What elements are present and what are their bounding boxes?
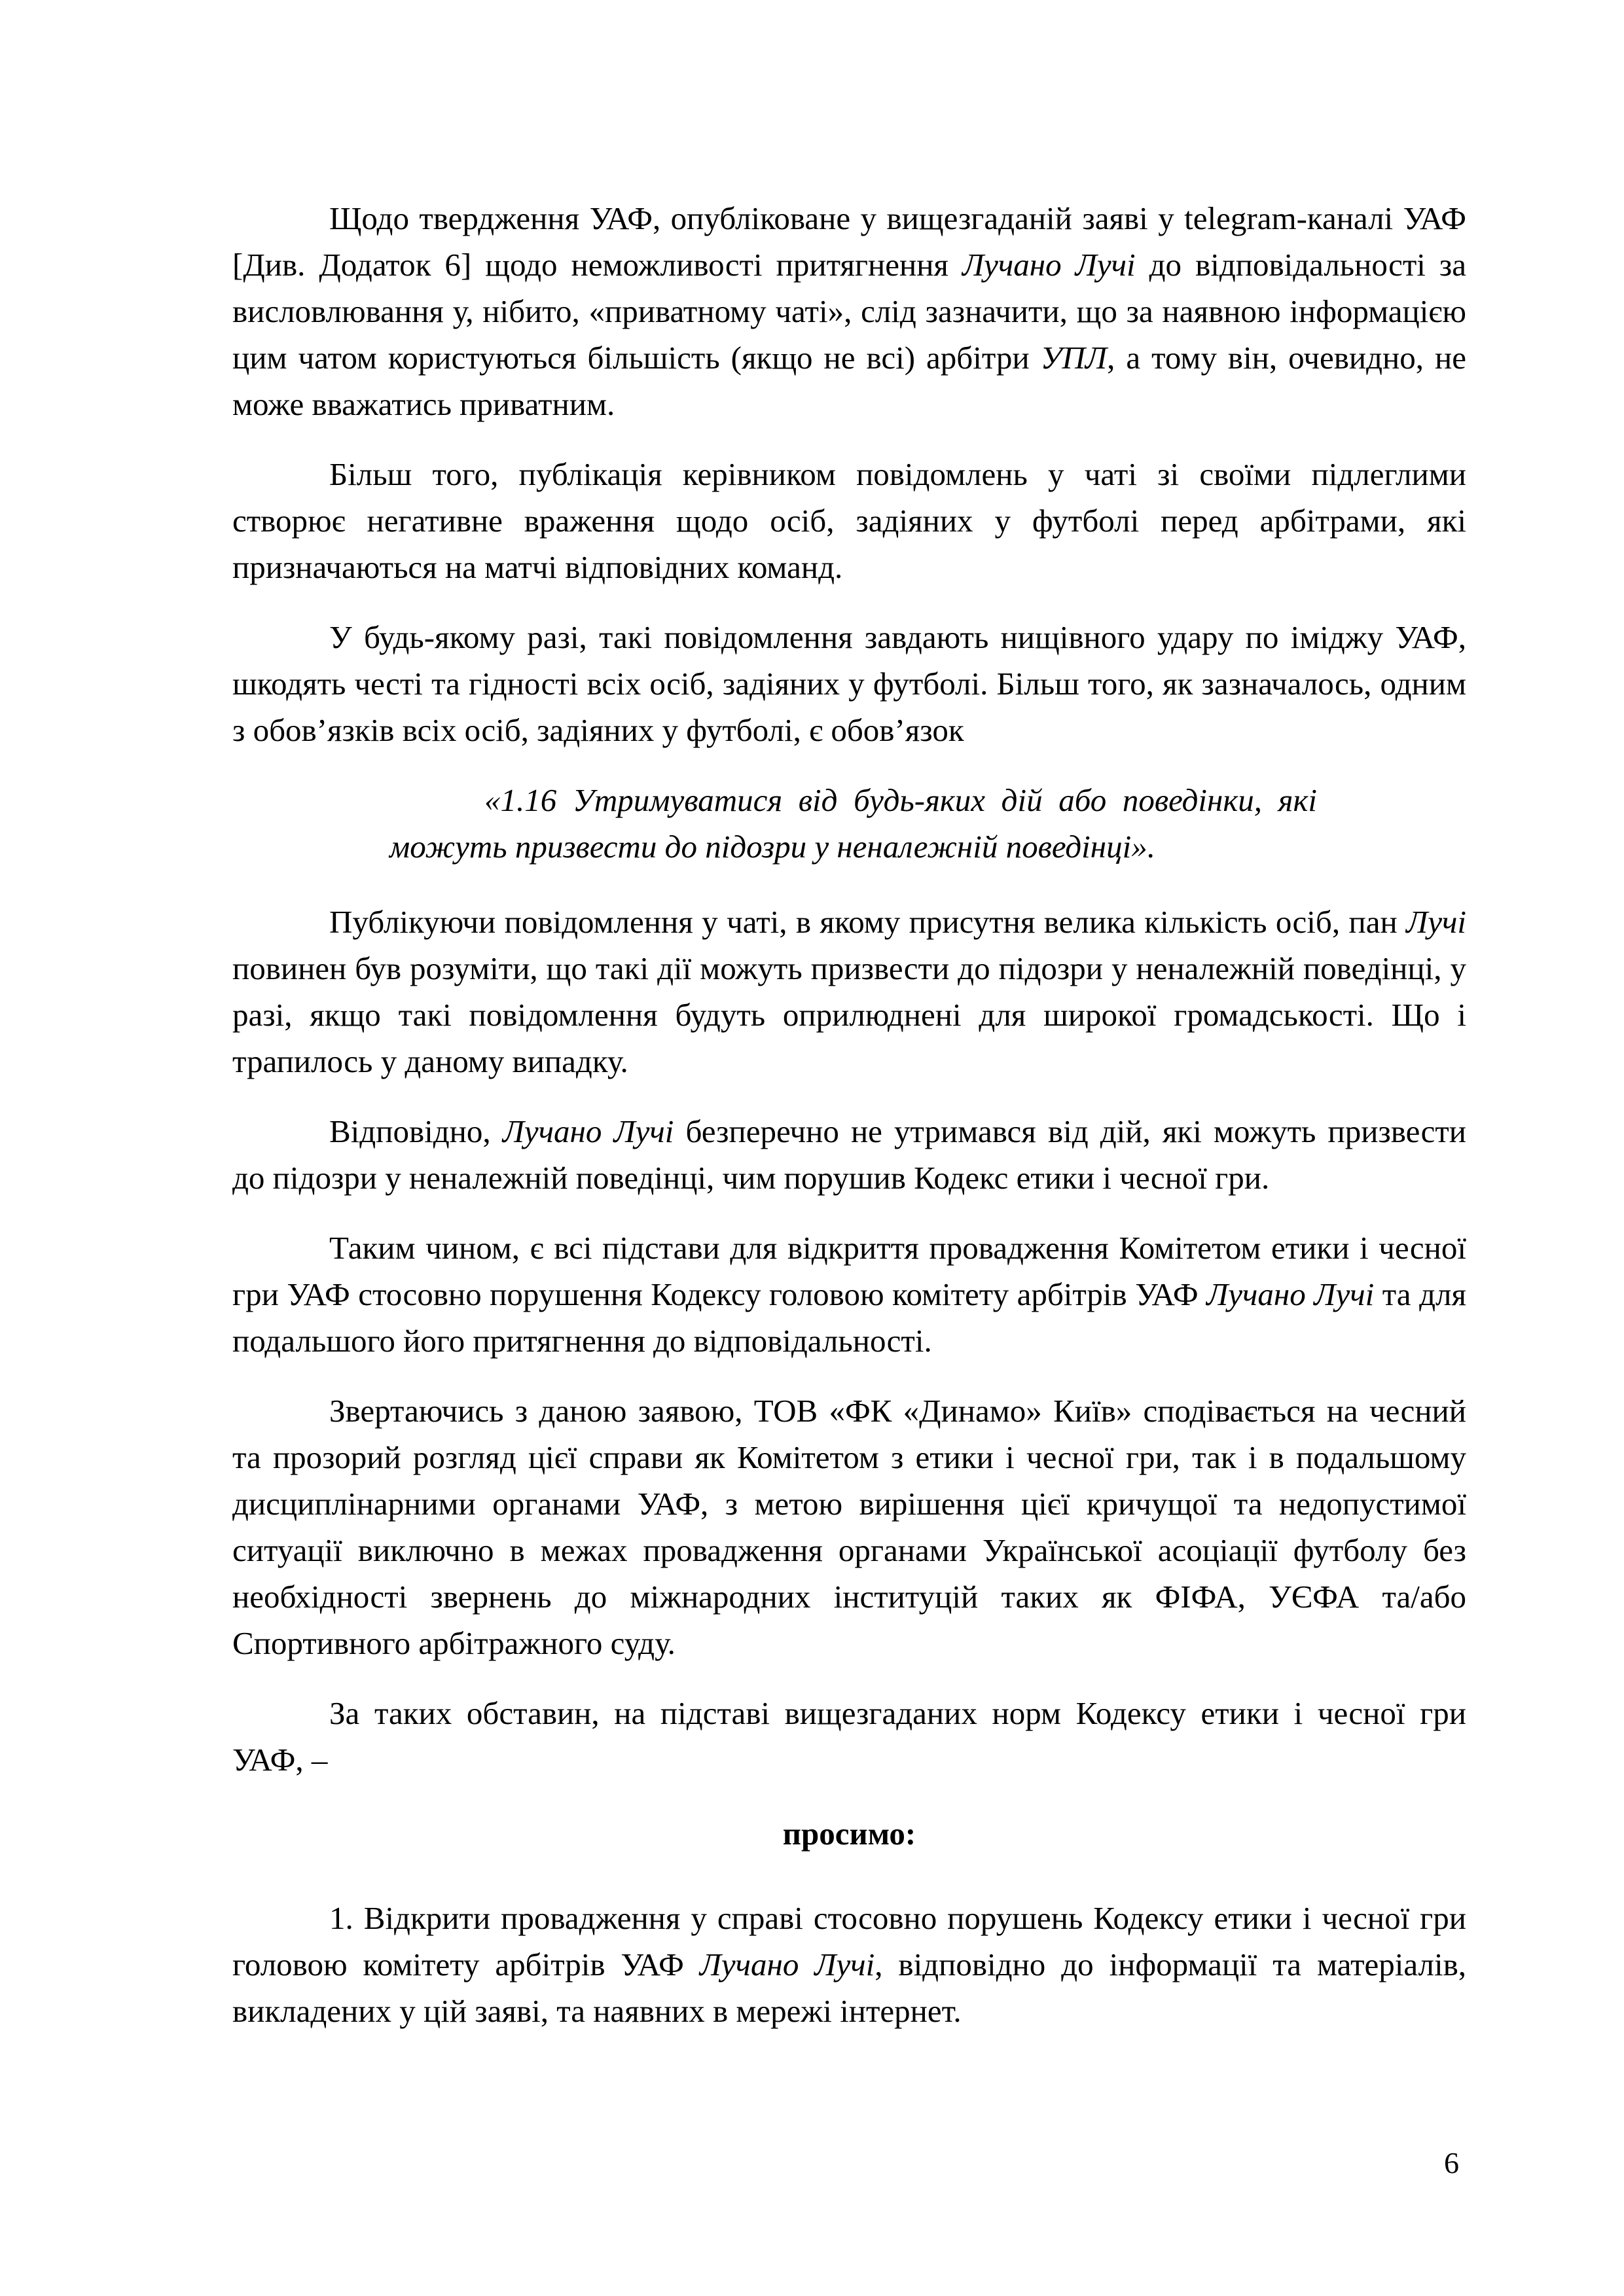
paragraph-5: Публікуючи повідомлення у чаті, в якому … — [232, 899, 1466, 1085]
paragraph-11: 1. Відкрити провадження у справі стосовн… — [232, 1895, 1466, 2034]
text-run: Відповідно, — [329, 1113, 503, 1149]
text-run: повинен був розуміти, що такі дії можуть… — [232, 950, 1466, 1079]
paragraph-9: За таких обставин, на підставі вищезгада… — [232, 1690, 1466, 1783]
text-run: Лучі — [1406, 904, 1466, 940]
text-run: Звертаючись з даною заявою, ТОВ «ФК «Дин… — [232, 1393, 1466, 1661]
text-run: УПЛ — [1041, 340, 1108, 376]
text-run: Лучано Лучі — [503, 1113, 674, 1149]
paragraph-8: Звертаючись з даною заявою, ТОВ «ФК «Дин… — [232, 1388, 1466, 1666]
page-number: 6 — [1444, 2148, 1459, 2178]
text-run: Лучано Лучі — [962, 247, 1136, 283]
text-run: У будь-якому разі, такі повідомлення зав… — [232, 619, 1466, 748]
paragraph-10: просимо: — [232, 1810, 1466, 1857]
text-run: просимо: — [783, 1816, 916, 1852]
text-run: Лучано Лучі — [1206, 1276, 1374, 1312]
paragraph-6: Відповідно, Лучано Лучі безперечно не ут… — [232, 1108, 1466, 1201]
paragraph-2: Більш того, публікація керівником повідо… — [232, 451, 1466, 590]
paragraph-1: Щодо твердження УАФ, опубліковане у вище… — [232, 195, 1466, 427]
document-content: Щодо твердження УАФ, опубліковане у вище… — [232, 195, 1466, 2034]
text-run: «1.16 Утримуватися від будь-яких дій або… — [389, 782, 1317, 865]
paragraph-7: Таким чином, є всі підстави для відкритт… — [232, 1225, 1466, 1364]
paragraph-4: «1.16 Утримуватися від будь-яких дій або… — [389, 777, 1317, 870]
text-run: Лучано Лучі — [700, 1946, 875, 1982]
text-run: Публікуючи повідомлення у чаті, в якому … — [329, 904, 1406, 940]
text-run: Більш того, публікація керівником повідо… — [232, 456, 1466, 585]
text-run: За таких обставин, на підставі вищезгада… — [232, 1695, 1466, 1778]
document-page: Щодо твердження УАФ, опубліковане у вище… — [0, 0, 1624, 2296]
paragraph-3: У будь-якому разі, такі повідомлення зав… — [232, 614, 1466, 753]
